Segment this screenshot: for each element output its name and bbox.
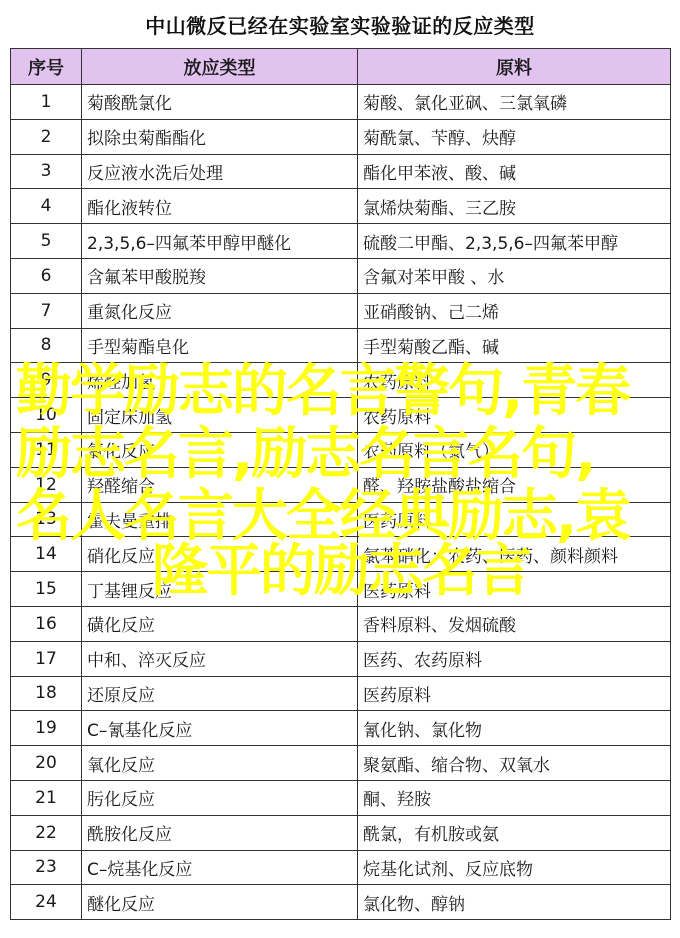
raw-material-cell: 农药原料 <box>358 363 671 398</box>
row-number: 23 <box>11 850 82 885</box>
table-row: 3反应液水洗后处理酯化甲苯液、酸、碱 <box>11 154 671 189</box>
reaction-type-cell: 霍夫曼重排 <box>82 502 358 537</box>
row-number: 20 <box>11 746 82 781</box>
raw-material-cell: 含氟对苯甲酸 、水 <box>358 258 671 293</box>
table-row: 22酰胺化反应酰氯，有机胺或氨 <box>11 815 671 850</box>
reaction-type-cell: 丁基锂反应 <box>82 572 358 607</box>
row-number: 15 <box>11 572 82 607</box>
table-row: 23C–烷基化反应烷基化试剂、反应底物 <box>11 850 671 885</box>
reaction-type-cell: 还原反应 <box>82 676 358 711</box>
table-row: 18还原反应医药原料 <box>11 676 671 711</box>
column-header-number: 序号 <box>11 49 82 85</box>
raw-material-cell: 农药原料 <box>358 398 671 433</box>
row-number: 22 <box>11 815 82 850</box>
row-number: 2 <box>11 119 82 154</box>
reaction-type-cell: 硝化反应 <box>82 537 358 572</box>
reaction-type-cell: 重氮化反应 <box>82 293 358 328</box>
row-number: 24 <box>11 885 82 920</box>
reaction-type-cell: 磺化反应 <box>82 606 358 641</box>
reaction-type-cell: 拟除虫菊酯酯化 <box>82 119 358 154</box>
raw-material-cell: 医药、农药原料 <box>358 641 671 676</box>
raw-material-cell: 酰氯，有机胺或氨 <box>358 815 671 850</box>
raw-material-cell: 医药原料 <box>358 676 671 711</box>
reaction-type-cell: 酯化液转位 <box>82 189 358 224</box>
table-row: 16磺化反应香料原料、发烟硫酸 <box>11 606 671 641</box>
table-row: 12羟醛缩合醛、羟胺盐酸盐缩合 <box>11 467 671 502</box>
row-number: 5 <box>11 224 82 259</box>
raw-material-cell: 氯化物、醇钠 <box>358 885 671 920</box>
table-row: 13霍夫曼重排医药原料 <box>11 502 671 537</box>
reaction-type-cell: 醚化反应 <box>82 885 358 920</box>
row-number: 3 <box>11 154 82 189</box>
reaction-type-cell: 含氟苯甲酸脱羧 <box>82 258 358 293</box>
row-number: 12 <box>11 467 82 502</box>
column-header-reaction-type: 放应类型 <box>82 49 358 85</box>
table-row: 21肟化反应酮、羟胺 <box>11 780 671 815</box>
row-number: 4 <box>11 189 82 224</box>
raw-material-cell: 聚氨酯、缩合物、双氧水 <box>358 746 671 781</box>
row-number: 9 <box>11 363 82 398</box>
table-row: 2拟除虫菊酯酯化菊酰氯、苄醇、炔醇 <box>11 119 671 154</box>
row-number: 1 <box>11 85 82 120</box>
table-row: 6含氟苯甲酸脱羧含氟对苯甲酸 、水 <box>11 258 671 293</box>
raw-material-cell: 亚硝酸钠、己二烯 <box>358 293 671 328</box>
reaction-type-cell: 羟醛缩合 <box>82 467 358 502</box>
row-number: 18 <box>11 676 82 711</box>
reaction-type-cell: 氧化反应 <box>82 746 358 781</box>
column-header-raw-material: 原料 <box>358 49 671 85</box>
raw-material-cell: 手型菊酸乙酯、碱 <box>358 328 671 363</box>
reaction-type-cell: 反应液水洗后处理 <box>82 154 358 189</box>
reaction-type-cell: 2,3,5,6–四氟苯甲醇甲醚化 <box>82 224 358 259</box>
table-row: 11氯化反应农药原料（氯气） <box>11 432 671 467</box>
table-row: 4酯化液转位氯烯炔菊酯、三乙胺 <box>11 189 671 224</box>
reaction-type-cell: C–氰基化反应 <box>82 711 358 746</box>
row-number: 10 <box>11 398 82 433</box>
row-number: 16 <box>11 606 82 641</box>
row-number: 13 <box>11 502 82 537</box>
row-number: 7 <box>11 293 82 328</box>
table-row: 20氧化反应聚氨酯、缩合物、双氧水 <box>11 746 671 781</box>
table-row: 19C–氰基化反应氰化钠、氯化物 <box>11 711 671 746</box>
reaction-type-cell: 肟化反应 <box>82 780 358 815</box>
raw-material-cell: 香料原料、发烟硫酸 <box>358 606 671 641</box>
reaction-type-cell: 固定床加氢 <box>82 398 358 433</box>
row-number: 8 <box>11 328 82 363</box>
table-row: 17中和、淬灭反应医药、农药原料 <box>11 641 671 676</box>
table-row: 7重氮化反应亚硝酸钠、己二烯 <box>11 293 671 328</box>
row-number: 14 <box>11 537 82 572</box>
reaction-type-cell: 酰胺化反应 <box>82 815 358 850</box>
raw-material-cell: 氯苯硝化：农药、医药、颜料颜料 <box>358 537 671 572</box>
page-title: 中山微反已经在实验室实验验证的反应类型 <box>0 10 680 39</box>
row-number: 17 <box>11 641 82 676</box>
raw-material-cell: 氰化钠、氯化物 <box>358 711 671 746</box>
table-row: 9烯烃加氢农药原料 <box>11 363 671 398</box>
row-number: 21 <box>11 780 82 815</box>
reaction-type-cell: C–烷基化反应 <box>82 850 358 885</box>
raw-material-cell: 农药原料（氯气） <box>358 432 671 467</box>
row-number: 11 <box>11 432 82 467</box>
table-row: 8手型菊酯皂化手型菊酸乙酯、碱 <box>11 328 671 363</box>
table-row: 15丁基锂反应医药原料 <box>11 572 671 607</box>
table-row: 1菊酸酰氯化菊酸、氯化亚砜、三氯氧磷 <box>11 85 671 120</box>
raw-material-cell: 酯化甲苯液、酸、碱 <box>358 154 671 189</box>
reaction-type-cell: 氯化反应 <box>82 432 358 467</box>
row-number: 19 <box>11 711 82 746</box>
table-header-row: 序号 放应类型 原料 <box>11 49 671 85</box>
row-number: 6 <box>11 258 82 293</box>
reaction-type-cell: 中和、淬灭反应 <box>82 641 358 676</box>
raw-material-cell: 硫酸二甲酯、2,3,5,6–四氟苯甲醇 <box>358 224 671 259</box>
table-row: 52,3,5,6–四氟苯甲醇甲醚化硫酸二甲酯、2,3,5,6–四氟苯甲醇 <box>11 224 671 259</box>
table-row: 24醚化反应氯化物、醇钠 <box>11 885 671 920</box>
raw-material-cell: 烷基化试剂、反应底物 <box>358 850 671 885</box>
reaction-type-cell: 菊酸酰氯化 <box>82 85 358 120</box>
raw-material-cell: 医药原料 <box>358 572 671 607</box>
raw-material-cell: 医药原料 <box>358 502 671 537</box>
reaction-type-cell: 手型菊酯皂化 <box>82 328 358 363</box>
raw-material-cell: 醛、羟胺盐酸盐缩合 <box>358 467 671 502</box>
table-row: 14硝化反应氯苯硝化：农药、医药、颜料颜料 <box>11 537 671 572</box>
raw-material-cell: 酮、羟胺 <box>358 780 671 815</box>
raw-material-cell: 菊酸、氯化亚砜、三氯氧磷 <box>358 85 671 120</box>
raw-material-cell: 菊酰氯、苄醇、炔醇 <box>358 119 671 154</box>
table-row: 10固定床加氢农药原料 <box>11 398 671 433</box>
reaction-type-cell: 烯烃加氢 <box>82 363 358 398</box>
reaction-types-table: 序号 放应类型 原料 1菊酸酰氯化菊酸、氯化亚砜、三氯氧磷2拟除虫菊酯酯化菊酰氯… <box>10 48 671 920</box>
raw-material-cell: 氯烯炔菊酯、三乙胺 <box>358 189 671 224</box>
